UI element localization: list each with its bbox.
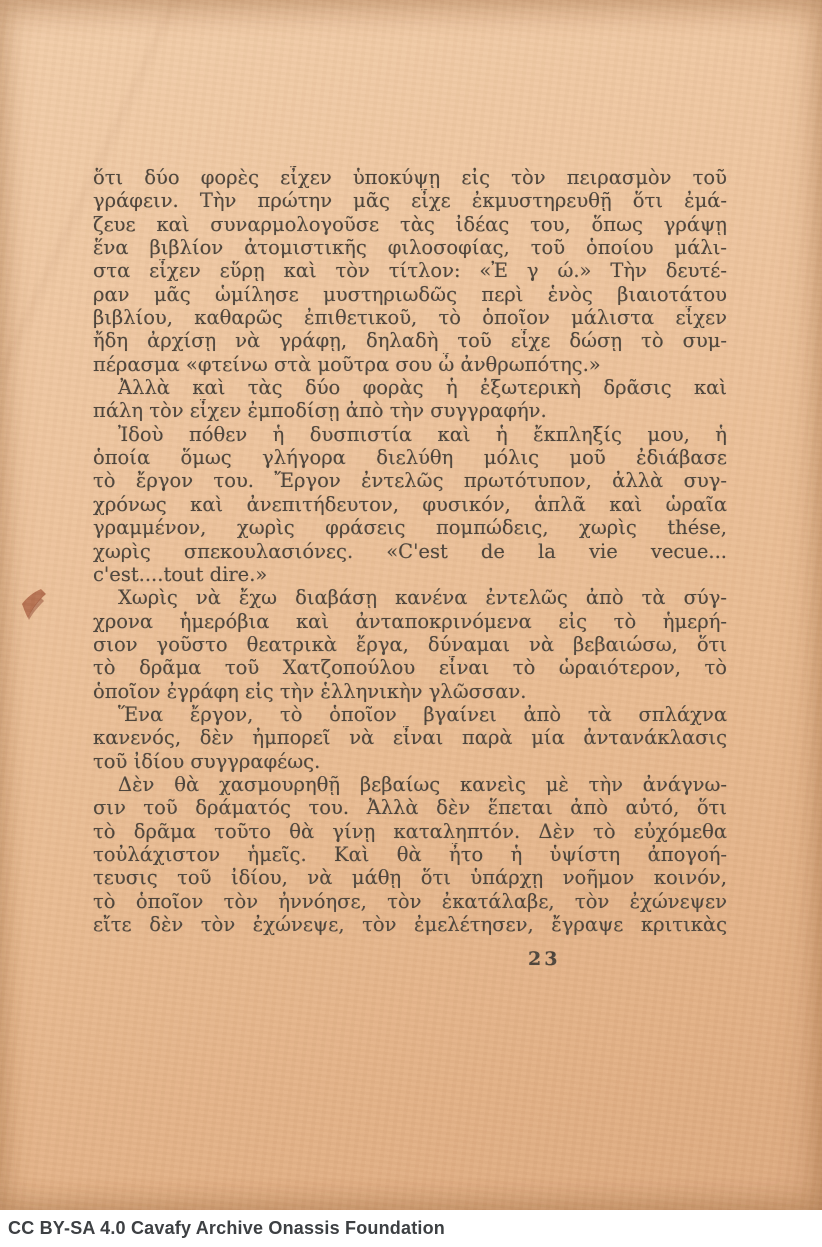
text-line-27: Δὲν θὰ χασμουρηθῇ βεβαίως κανεὶς μὲ τὴν … (93, 773, 727, 796)
text-line-5: στα εἶχεν εὕρῃ καὶ τὸν τίτλον: «Ἐ γ ώ.» … (93, 259, 727, 282)
text-line-12: Ἰδοὺ πόθεν ἡ δυσπιστία καὶ ἡ ἔκπληξίς μο… (93, 423, 727, 446)
text-line-26: τοῦ ἰδίου συγγραφέως. (93, 750, 727, 773)
ink-stain (20, 588, 54, 634)
text-line-19: Χωρὶς νὰ ἔχω διαβάσῃ κανένα ἐντελῶς ἀπὸ … (93, 586, 727, 609)
license-bar: CC BY-SA 4.0 Cavafy Archive Onassis Foun… (0, 1210, 822, 1247)
text-line-3: ζευε καὶ συναρμολογοῦσε τὰς ἰδέας του, ὅ… (93, 213, 727, 236)
text-line-11: πάλη τὸν εἶχεν ἐμποδίσῃ ἀπὸ τὴν συγγραφή… (93, 399, 727, 422)
text-line-4: ἕνα βιβλίον ἀτομιστικῆς φιλοσοφίας, τοῦ … (93, 236, 727, 259)
page-text-block: ὅτι δύο φορὲς εἶχεν ὑποκύψῃ εἰς τὸν πειρ… (93, 166, 727, 936)
text-line-24: Ἕνα ἔργον, τὸ ὁποῖον βγαίνει ἀπὸ τὰ σπλά… (93, 703, 727, 726)
text-line-8: ἤδη ἀρχίσῃ νὰ γράφῃ, δηλαδὴ τοῦ εἶχε δώσ… (93, 329, 727, 352)
text-line-9: πέρασμα «φτείνω στὰ μοῦτρα σου ὦ ἀνθρωπό… (93, 353, 727, 376)
ink-stain-mark (20, 588, 54, 634)
text-line-17: χωρὶς σπεκουλασιόνες. «C'est de la vie v… (93, 540, 727, 563)
text-line-28: σιν τοῦ δράματός του. Ἀλλὰ δὲν ἕπεται ἀπ… (93, 796, 727, 819)
text-line-10: Ἀλλὰ καὶ τὰς δύο φορὰς ἡ ἐξωτερικὴ δρᾶσι… (93, 376, 727, 399)
text-line-6: ραν μᾶς ὡμίλησε μυστηριωδῶς περὶ ἑνὸς βι… (93, 283, 727, 306)
text-line-2: γράφειν. Τὴν πρώτην μᾶς εἶχε ἐκμυστηρευθ… (93, 189, 727, 212)
text-line-13: ὁποία ὅμως γλήγορα διελύθη μόλις μοῦ ἐδι… (93, 446, 727, 469)
text-line-30: τοὐλάχιστον ἡμεῖς. Καὶ θὰ ἦτο ἡ ὑψίστη ἀ… (93, 843, 727, 866)
text-line-33: εἴτε δὲν τὸν ἐχώνεψε, τὸν ἐμελέτησεν, ἔγ… (93, 913, 727, 936)
text-line-22: τὸ δρᾶμα τοῦ Χατζοπούλου εἶναι τὸ ὡραιότ… (93, 656, 727, 679)
text-line-25: κανενός, δὲν ἠμπορεῖ νὰ εἶναι παρὰ μία ἀ… (93, 726, 727, 749)
text-line-21: σιον γοῦστο θεατρικὰ ἔργα, δύναμαι νὰ βε… (93, 633, 727, 656)
text-line-32: τὸ ὁποῖον τὸν ἠννόησε, τὸν ἐκατάλαβε, τὸ… (93, 890, 727, 913)
text-line-29: τὸ δρᾶμα τοῦτο θὰ γίνῃ καταληπτόν. Δὲν τ… (93, 820, 727, 843)
scan-viewer: ὅτι δύο φορὲς εἶχεν ὑποκύψῃ εἰς τὸν πειρ… (0, 0, 822, 1247)
text-line-31: τευσις τοῦ ἰδίου, νὰ μάθῃ ὅτι ὑπάρχῃ νοῆ… (93, 866, 727, 889)
text-line-23: ὁποῖον ἐγράφη εἰς τὴν ἑλληνικὴν γλῶσσαν. (93, 680, 727, 703)
text-line-18: c'est....tout dire.» (93, 563, 727, 586)
text-line-20: χρονα ἡμερόβια καὶ ἀνταποκρινόμενα εἰς τ… (93, 610, 727, 633)
text-line-1: ὅτι δύο φορὲς εἶχεν ὑποκύψῃ εἰς τὸν πειρ… (93, 166, 727, 189)
page-number: 23 (528, 948, 560, 970)
text-line-7: βιβλίου, καθαρῶς ἐπιθετικοῦ, τὸ ὁποῖον μ… (93, 306, 727, 329)
license-text: CC BY-SA 4.0 Cavafy Archive Onassis Foun… (8, 1218, 445, 1239)
scanned-page: ὅτι δύο φορὲς εἶχεν ὑποκύψῃ εἰς τὸν πειρ… (0, 0, 822, 1210)
text-line-14: τὸ ἔργον του. Ἔργον ἐντελῶς πρωτότυπον, … (93, 469, 727, 492)
text-line-16: γραμμένον, χωρὶς φράσεις πομπώδεις, χωρὶ… (93, 516, 727, 539)
text-line-15: χρόνως καὶ ἀνεπιτήδευτον, φυσικόν, ἁπλᾶ … (93, 493, 727, 516)
